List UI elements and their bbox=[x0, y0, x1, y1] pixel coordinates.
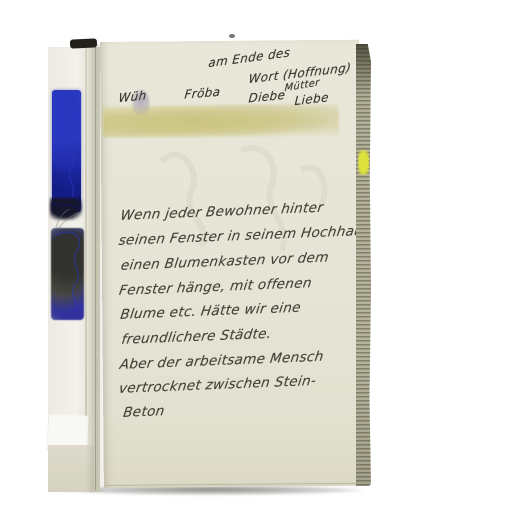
gutter-fold-line bbox=[95, 46, 96, 490]
annotation-am-ende-des: am Ende des bbox=[208, 45, 291, 70]
handwriting-line: Blume etc. Hätte wir eine bbox=[119, 300, 302, 323]
annotation-diebe: Diebe bbox=[248, 88, 286, 106]
handwriting-line: Fenster hänge, mit offenen bbox=[118, 275, 313, 299]
handwriting-line: Beton bbox=[122, 403, 166, 421]
notebook-photo: am Ende des Wort (Hoffnung) Mütter Wüh F… bbox=[0, 0, 512, 532]
handwriting-line: vertrocknet zwischen Stein- bbox=[118, 373, 317, 397]
right-page: am Ende des Wort (Hoffnung) Mütter Wüh F… bbox=[100, 40, 363, 488]
binding-top-nub bbox=[70, 38, 97, 48]
yellow-highlighter-mark bbox=[358, 150, 369, 175]
handwriting-line: freundlichere Städte. bbox=[121, 326, 273, 348]
fore-edge bbox=[356, 44, 371, 486]
annotation-wueh: Wüh bbox=[118, 88, 147, 105]
handwriting-line: Aber der arbeitsame Mensch bbox=[119, 349, 325, 373]
fore-edge-top-shadow bbox=[356, 44, 371, 66]
annotation-froeba: Fröba bbox=[184, 85, 221, 102]
handwriting-line: seinen Fenster in seinem Hochhaus bbox=[118, 223, 372, 249]
top-edge-speck bbox=[229, 34, 235, 38]
handwriting-block: Wenn jeder Bewohner hinter seinen Fenste… bbox=[118, 206, 360, 423]
handwriting-line: einen Blumenkasten vor dem bbox=[120, 250, 330, 274]
page-bottom-edge-line bbox=[106, 483, 360, 486]
